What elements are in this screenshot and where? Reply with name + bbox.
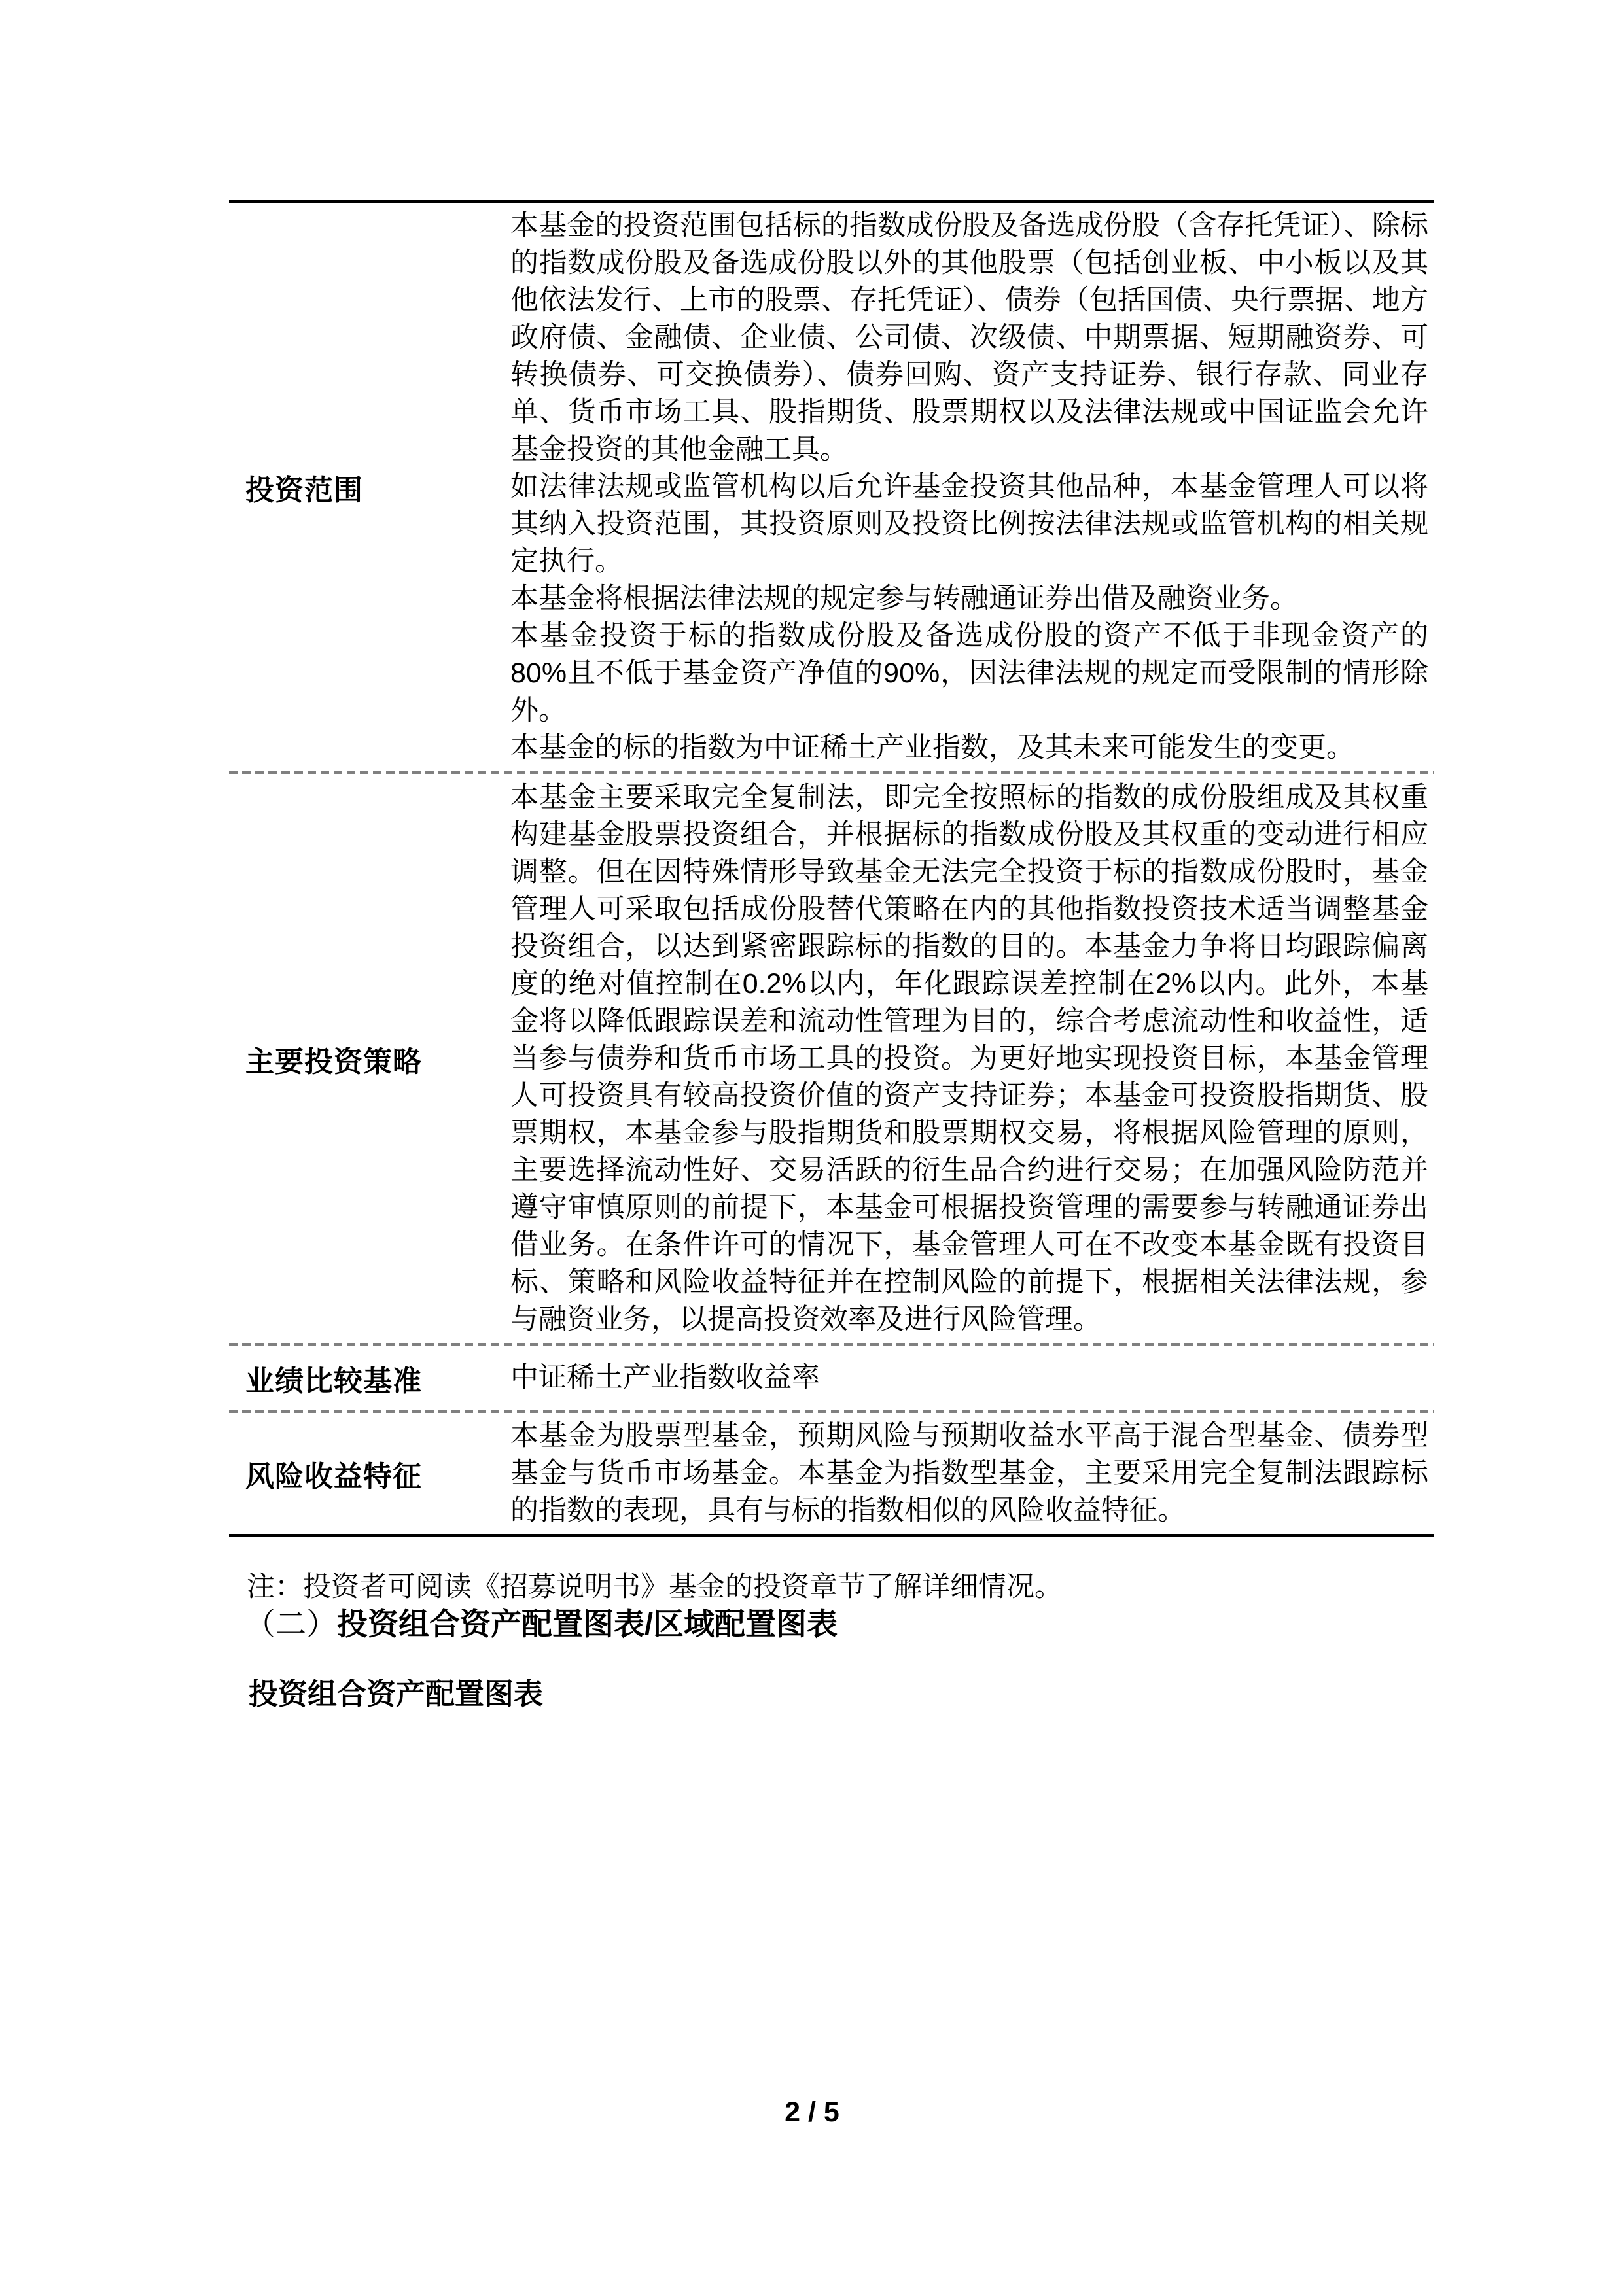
table-row-risk-return: 风险收益特征 本基金为股票型基金，预期风险与预期收益水平高于混合型基金、债券型基… [229, 1413, 1434, 1534]
row-value: 本基金为股票型基金，预期风险与预期收益水平高于混合型基金、债券型基金与货币市场基… [497, 1413, 1434, 1534]
page-number: 2 / 5 [0, 2096, 1624, 2129]
row-label: 投资范围 [229, 203, 497, 771]
paragraph: 本基金为股票型基金，预期风险与预期收益水平高于混合型基金、债券型基金与货币市场基… [510, 1418, 1428, 1529]
row-label: 风险收益特征 [229, 1413, 497, 1534]
section-heading-number: （二） [245, 1607, 337, 1641]
row-label: 主要投资策略 [229, 774, 497, 1343]
section-heading: （二）投资组合资产配置图表/区域配置图表 [245, 1604, 838, 1644]
sub-heading: 投资组合资产配置图表 [249, 1675, 543, 1714]
row-value: 中证稀土产业指数收益率 [497, 1346, 1434, 1410]
row-label: 业绩比较基准 [229, 1346, 497, 1410]
paragraph: 中证稀土产业指数收益率 [510, 1359, 1428, 1397]
paragraph: 本基金的投资范围包括标的指数成份股及备选成份股（含存托凭证）、除标的指数成份股及… [510, 207, 1428, 468]
paragraph: 本基金主要采取完全复制法，即完全按照标的指数的成份股组成及其权重构建基金股票投资… [510, 779, 1428, 1338]
paragraph: 本基金的标的指数为中证稀土产业指数，及其未来可能发生的变更。 [510, 729, 1428, 767]
paragraph: 本基金将根据法律法规的规定参与转融通证券出借及融资业务。 [510, 580, 1428, 617]
paragraph: 如法律法规或监管机构以后允许基金投资其他品种，本基金管理人可以将其纳入投资范围，… [510, 468, 1428, 580]
table-row-investment-scope: 投资范围 本基金的投资范围包括标的指数成份股及备选成份股（含存托凭证）、除标的指… [229, 203, 1434, 771]
section-heading-title: 投资组合资产配置图表/区域配置图表 [337, 1607, 838, 1641]
table-row-main-strategy: 主要投资策略 本基金主要采取完全复制法，即完全按照标的指数的成份股组成及其权重构… [229, 774, 1434, 1343]
row-value: 本基金的投资范围包括标的指数成份股及备选成份股（含存托凭证）、除标的指数成份股及… [497, 203, 1434, 771]
fund-info-table: 投资范围 本基金的投资范围包括标的指数成份股及备选成份股（含存托凭证）、除标的指… [229, 200, 1434, 1537]
paragraph: 本基金投资于标的指数成份股及备选成份股的资产不低于非现金资产的80%且不低于基金… [510, 617, 1428, 729]
row-value: 本基金主要采取完全复制法，即完全按照标的指数的成份股组成及其权重构建基金股票投资… [497, 774, 1434, 1343]
footnote: 注：投资者可阅读《招募说明书》基金的投资章节了解详细情况。 [247, 1569, 1063, 1606]
document-page: 投资范围 本基金的投资范围包括标的指数成份股及备选成份股（含存托凭证）、除标的指… [0, 0, 1624, 2296]
table-row-benchmark: 业绩比较基准 中证稀土产业指数收益率 [229, 1346, 1434, 1410]
